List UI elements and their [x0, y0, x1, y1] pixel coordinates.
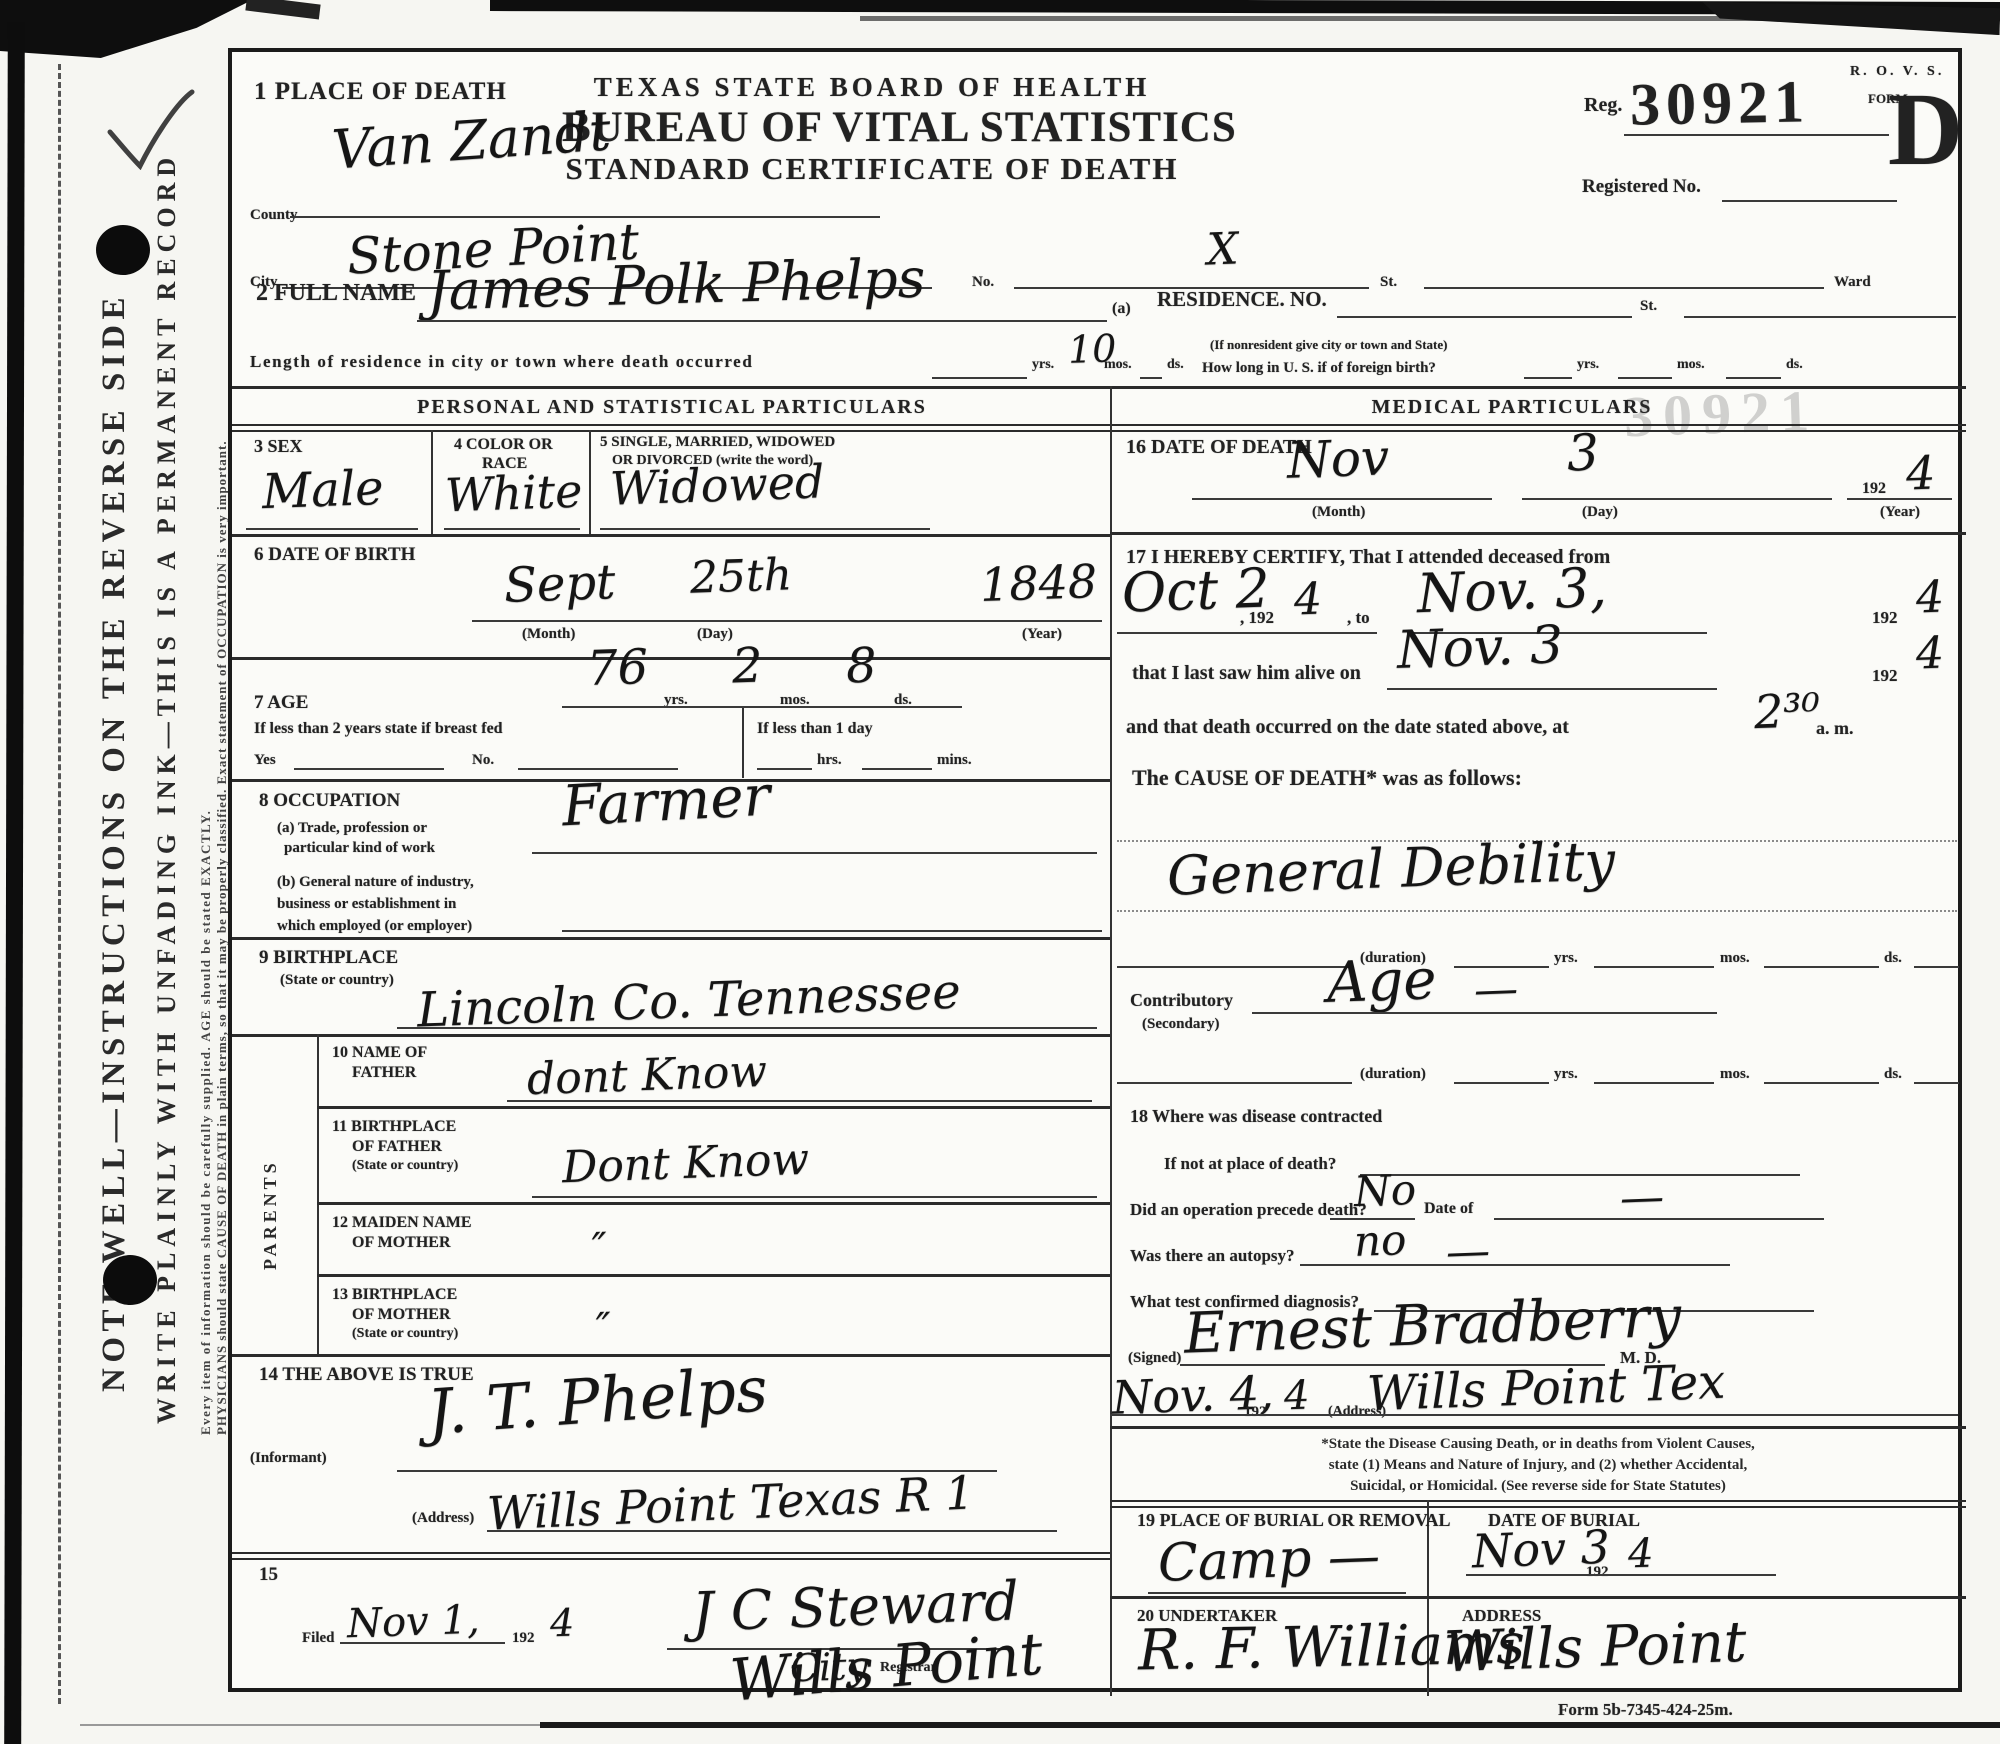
mother-bp-label-1: 13 BIRTHPLACE: [332, 1286, 457, 1304]
parents-inner-divider: [317, 1034, 319, 1354]
father-bp-line: [532, 1196, 1097, 1198]
rl-howlong-label: How long in U. S. if of foreign birth?: [1202, 360, 1436, 377]
certify-to-label: , to: [1347, 608, 1370, 627]
rule-burial-row: [1110, 1596, 1966, 1599]
rule-father-bp: [317, 1202, 1110, 1205]
ward-label: Ward: [1834, 274, 1871, 291]
full-name-line: [417, 320, 1107, 322]
full-name-value: James Polk Phelps: [426, 251, 926, 318]
color-line: [444, 528, 580, 530]
informant-address-label: (Address): [412, 1510, 474, 1527]
attended-from-line: [1117, 632, 1377, 634]
hrs-label: hrs.: [817, 752, 842, 769]
duration1-mos: mos.: [1720, 950, 1750, 967]
marital-label-1: 5 SINGLE, MARRIED, WIDOWED: [600, 434, 835, 451]
duration2-line-d: [1764, 1082, 1879, 1084]
rl-yrs-label: yrs.: [1032, 357, 1054, 373]
mins-line: [862, 768, 932, 770]
parents-vertical-label: PARENTS: [260, 1159, 281, 1270]
mother-name-ditto: ″: [591, 1228, 607, 1268]
scan-edge-bottom-2: [80, 1724, 540, 1726]
sign-address-line: [1110, 1414, 1958, 1416]
rule-footnote-row: [1110, 1500, 1966, 1508]
burial-192-label: 192: [1586, 1564, 1609, 1581]
death-am-label: a. m.: [1816, 718, 1854, 738]
age-yrs-value: 76: [586, 643, 649, 693]
yes-label: Yes: [254, 752, 276, 769]
dob-day-value: 25th: [689, 553, 792, 601]
occupation-a-2: particular kind of work: [284, 840, 435, 857]
duration2-ds: ds.: [1884, 1066, 1902, 1083]
dob-month-tick: (Month): [522, 626, 575, 643]
rule-informant-row: [232, 1552, 1110, 1560]
rule-mother-name: [317, 1274, 1110, 1277]
rule-dod-row: [1110, 532, 1966, 535]
duration2-line-a: [1117, 1082, 1352, 1084]
dod-line-2: [1522, 498, 1832, 500]
city-no-label: No.: [972, 274, 994, 291]
rule-parents-bottom: [232, 1354, 1110, 1357]
torn-corner-top-left: [0, 0, 252, 58]
rl-ds2-label: ds.: [1786, 357, 1803, 373]
burial-year-value: 4: [1627, 1534, 1654, 1575]
mother-bp-ditto: ″: [595, 1308, 611, 1348]
duration2-line-b: [1454, 1082, 1549, 1084]
informant-label: (Informant): [250, 1450, 327, 1467]
signed-label: (Signed): [1128, 1350, 1181, 1367]
autopsy-answer: no: [1353, 1219, 1407, 1263]
contributory-label: Contributory: [1130, 990, 1233, 1010]
reg-label: Reg.: [1584, 94, 1622, 116]
residence-label: RESIDENCE. NO.: [1157, 288, 1327, 312]
occupation-b-line: [562, 930, 1102, 932]
dod-day-value: 3: [1566, 427, 1600, 478]
duration2-label: (duration): [1360, 1066, 1426, 1083]
registered-no-line: [1722, 200, 1897, 202]
sex-label: 3 SEX: [254, 436, 303, 456]
scan-edge-bottom: [540, 1722, 2000, 1728]
contributory-line: [1252, 1012, 1717, 1014]
registered-no-label: Registered No.: [1582, 176, 1701, 197]
cell-divider-2: [589, 430, 591, 534]
last-saw-value: Nov. 3: [1396, 619, 1564, 677]
marital-value: Widowed: [609, 458, 825, 511]
father-name-line: [507, 1100, 1092, 1102]
father-name-label-2: FATHER: [352, 1064, 416, 1082]
sign-192-label: 192: [1244, 1404, 1267, 1421]
father-name-label-1: 10 NAME OF: [332, 1044, 427, 1062]
hole-punch-top: [96, 225, 150, 275]
filed-date-value: Nov 1,: [346, 1600, 480, 1645]
filed-192-label: 192: [512, 1630, 535, 1647]
duration1-line-a: [1117, 966, 1352, 968]
torn-mark: [245, 0, 320, 19]
reg-strike-line: [1624, 134, 1889, 136]
dob-year-tick: (Year): [1022, 626, 1062, 643]
city-st-line: [1424, 287, 1824, 289]
burial-place-value: Camp —: [1157, 1530, 1381, 1590]
hole-punch-bottom: [103, 1255, 157, 1305]
duration2-line-e: [1914, 1082, 1959, 1084]
footnote-line-3: Suicidal, or Homicidal. (See reverse sid…: [1118, 1476, 1958, 1497]
burial-label: 19 PLACE OF BURIAL OR REMOVAL: [1137, 1510, 1451, 1530]
birthplace-label: 9 BIRTHPLACE: [259, 947, 398, 968]
breastfed-label: If less than 2 years state if breast fed: [254, 720, 503, 738]
dod-192-label: 192: [1862, 480, 1886, 498]
dod-day-tick: (Day): [1582, 504, 1618, 521]
duration2-mos: mos.: [1720, 1066, 1750, 1083]
birthplace-sub-label: (State or country): [280, 972, 394, 989]
dob-label: 6 DATE OF BIRTH: [254, 544, 415, 565]
burial-place-line: [1148, 1592, 1406, 1594]
birthplace-value: Lincoln Co. Tennessee: [416, 968, 961, 1035]
filed-label: Filed: [302, 1630, 335, 1647]
dod-year-tick: (Year): [1880, 504, 1920, 521]
occupation-b-3: which employed (or employer): [277, 918, 472, 935]
rl-nonresident-note: (If nonresident give city or town and St…: [1210, 338, 1448, 353]
residence-line: [1337, 316, 1632, 318]
occupation-b-2: business or establishment in: [277, 896, 456, 913]
margin-note-well: NOTE WELL—INSTRUCTIONS ON THE REVERSE SI…: [96, 292, 133, 1392]
rule-signature-row: [1110, 1426, 1966, 1429]
birthplace-line: [397, 1027, 1097, 1029]
footnote-line-2: state (1) Means and Nature of Injury, an…: [1118, 1455, 1958, 1476]
sign-address-value: Wills Point Tex: [1366, 1358, 1726, 1418]
registration-number-stamp: 30921: [1629, 68, 1810, 138]
rl-yrs2-label: yrs.: [1577, 357, 1599, 373]
mother-name-label-2: OF MOTHER: [352, 1234, 451, 1252]
margin-fine-print-1: Every item of information should be care…: [198, 810, 214, 1435]
bureau-title: BUREAU OF VITAL STATISTICS: [562, 104, 1182, 152]
father-bp-label-2: OF FATHER: [352, 1138, 442, 1156]
mother-bp-label-3: (State or country): [352, 1326, 458, 1342]
filed-number-label: 15: [259, 1564, 278, 1585]
q-place-label: If not at place of death?: [1164, 1154, 1336, 1173]
death-occurred-label: and that death occurred on the date stat…: [1126, 716, 1569, 738]
autopsy-dash: —: [1445, 1229, 1491, 1275]
age-label: 7 AGE: [254, 692, 308, 713]
rl-line-2: [1140, 377, 1162, 379]
residence-length-label: Length of residence in city or town wher…: [250, 352, 753, 371]
father-name-value: dont Know: [526, 1050, 767, 1102]
secondary-label: (Secondary): [1142, 1016, 1220, 1033]
scan-edge-left-bar: [4, 22, 25, 1744]
rule-sex-row: [232, 534, 1110, 537]
dob-year-value: 1848: [979, 558, 1098, 608]
yes-line: [294, 768, 444, 770]
rule-birthplace-row: [232, 1034, 1110, 1037]
father-bp-label-1: 11 BIRTHPLACE: [332, 1118, 456, 1136]
last-saw-line: [1387, 688, 1717, 690]
no-label: No.: [472, 752, 494, 769]
rl-line-4: [1618, 377, 1672, 379]
last-saw-year: 4: [1915, 632, 1945, 677]
dod-month-value: Nov: [1286, 432, 1390, 486]
cause-of-death-value: General Debility: [1166, 834, 1616, 904]
certificate-body: 1 PLACE OF DEATH TEXAS STATE BOARD OF HE…: [228, 48, 1962, 1692]
certificate-title: STANDARD CERTIFICATE OF DEATH: [562, 152, 1182, 187]
q-place-line: [1360, 1174, 1800, 1176]
date-of-label: Date of: [1424, 1200, 1473, 1218]
informant-address-value: Wills Point Texas R 1: [486, 1469, 975, 1536]
informant-address-line: [487, 1530, 1057, 1532]
occupation-a-1: (a) Trade, profession or: [277, 820, 427, 837]
age-mos-value: 2: [731, 641, 763, 690]
perforation-line: [58, 64, 61, 1704]
footnote-line-1: *State the Disease Causing Death, or in …: [1118, 1434, 1958, 1455]
rule-dob-row: [232, 657, 1110, 660]
lessday-label: If less than 1 day: [757, 720, 873, 738]
filed-line: [340, 1642, 505, 1644]
form-letter-d: D: [1888, 72, 1963, 188]
dod-label: 16 DATE OF DEATH: [1126, 436, 1312, 458]
mother-name-label-1: 12 MAIDEN NAME: [332, 1214, 472, 1232]
filed-year-value: 4: [549, 1604, 574, 1643]
operation-dash: —: [1619, 1175, 1665, 1221]
duration1-line-e: [1914, 966, 1959, 968]
ghost-stamp: 30921: [1623, 377, 1820, 451]
sex-line: [246, 528, 418, 530]
city-no-mark: X: [1206, 227, 1239, 272]
margin-write-plainly: WRITE PLAINLY WITH UNFADING INK—THIS IS …: [152, 152, 182, 1424]
duration1-line-c: [1594, 966, 1714, 968]
color-value: White: [444, 468, 583, 519]
physician-signature: Ernest Bradberry: [1183, 1289, 1682, 1362]
operation-answer: No: [1353, 1169, 1416, 1213]
rl-mos-label: mos.: [1104, 357, 1132, 373]
dod-line-1: [1192, 498, 1492, 500]
contributory-dash: —: [1473, 967, 1519, 1013]
occupation-b-1: (b) General nature of industry,: [277, 874, 474, 891]
cause-of-death-label: The CAUSE OF DEATH* was as follows:: [1132, 766, 1522, 791]
certify-y1: 4: [1293, 578, 1323, 623]
full-name-label: 2 FULL NAME: [256, 280, 416, 307]
last-saw-label: that I last saw him alive on: [1132, 662, 1361, 684]
age-ds-value: 8: [845, 641, 877, 690]
duration1-line-d: [1764, 966, 1879, 968]
rl-line-1: [932, 377, 1027, 379]
place-of-death-label: 1 PLACE OF DEATH: [254, 78, 507, 106]
undertaker-address-value: Wills Point: [1443, 1615, 1747, 1682]
q18-label: 18 Where was disease contracted: [1130, 1106, 1382, 1126]
rule-occupation-row: [232, 937, 1110, 940]
rl-mos2-label: mos.: [1677, 357, 1705, 373]
dob-month-value: Sept: [503, 558, 616, 610]
rl-ds-label: ds.: [1167, 357, 1184, 373]
certify-192a: , 192: [1240, 608, 1274, 627]
mins-label: mins.: [937, 752, 972, 769]
mother-bp-label-2: OF MOTHER: [352, 1306, 451, 1324]
rl-line-3: [1524, 377, 1572, 379]
occupation-value: Farmer: [561, 769, 772, 836]
residence-st-line: [1684, 316, 1956, 318]
duration2-line-c: [1594, 1082, 1714, 1084]
certify-192b: 192: [1872, 608, 1898, 627]
checkmark-icon: [104, 86, 196, 170]
occupation-a-line: [532, 852, 1097, 854]
duration1-yrs: yrs.: [1554, 950, 1578, 967]
dob-day-tick: (Day): [697, 626, 733, 643]
personal-heading: PERSONAL AND STATISTICAL PARTICULARS: [292, 396, 1052, 418]
residence-st-label: St.: [1640, 298, 1657, 315]
q-operation-label: Did an operation precede death?: [1130, 1200, 1367, 1219]
burial-date-line: [1466, 1574, 1776, 1576]
informant-signature: J. T. Phelps: [425, 1358, 769, 1444]
occupation-label: 8 OCCUPATION: [259, 790, 400, 811]
dod-line-3: [1847, 498, 1952, 500]
board-title: TEXAS STATE BOARD OF HEALTH: [562, 72, 1182, 102]
age-line: [562, 706, 962, 708]
rule-header-bottom: [232, 424, 1966, 432]
cause-footnote: *State the Disease Causing Death, or in …: [1118, 1434, 1958, 1497]
form-word-vertical: FORM: [1868, 92, 1883, 105]
death-time-value: 2³⁰: [1753, 687, 1821, 735]
name-a-label: (a): [1112, 300, 1131, 318]
last-saw-192: 192: [1872, 666, 1898, 685]
color-label-1: 4 COLOR OR: [454, 436, 553, 454]
dob-line: [472, 620, 1102, 622]
cell-divider-1: [431, 430, 433, 534]
contributory-value: Age: [1326, 952, 1437, 1012]
certify-y2: 4: [1915, 576, 1945, 621]
attended-to-value: Nov. 3,: [1416, 561, 1607, 622]
rule-father-name: [317, 1106, 1110, 1109]
scanned-death-certificate: NOTE WELL—INSTRUCTIONS ON THE REVERSE SI…: [0, 0, 2000, 1744]
q-autopsy-label: Was there an autopsy?: [1130, 1246, 1295, 1265]
dod-year-value: 4: [1905, 450, 1936, 497]
city-st-label: St.: [1380, 274, 1397, 291]
autopsy-line: [1300, 1264, 1730, 1266]
dod-month-tick: (Month): [1312, 504, 1365, 521]
duration2-yrs: yrs.: [1554, 1066, 1578, 1083]
form-number: Form 5b-7345-424-25m.: [1558, 1700, 1733, 1719]
sign-year-value: 4: [1283, 1376, 1310, 1417]
father-bp-value: Dont Know: [561, 1138, 810, 1191]
cause-line-2: [1117, 910, 1957, 912]
sex-value: Male: [261, 464, 384, 516]
father-bp-label-3: (State or country): [352, 1158, 458, 1174]
duration1-ds: ds.: [1884, 950, 1902, 967]
marital-line: [600, 528, 930, 530]
